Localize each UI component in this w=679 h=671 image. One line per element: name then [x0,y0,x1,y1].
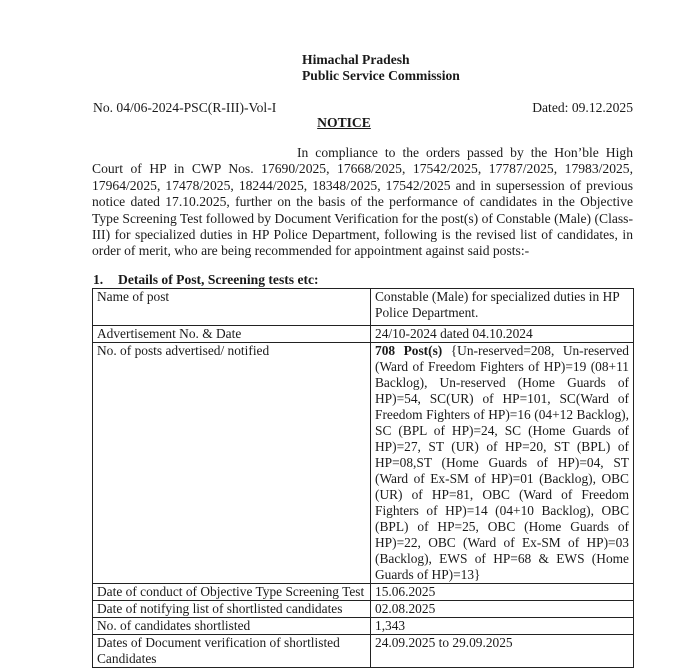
row-label: Date of notifying list of shortlisted ca… [93,601,371,618]
posts-breakdown: {Un-reserved=208, Un-reserved (Ward of F… [375,343,629,582]
row-value: 02.08.2025 [371,601,634,618]
section-title: Details of Post, Screening tests etc: [118,272,319,287]
row-value: Constable (Male) for specialized duties … [371,289,634,326]
row-value: 24/10-2024 dated 04.10.2024 [371,326,634,343]
table-row: Date of notifying list of shortlisted ca… [93,601,634,618]
row-label: Dates of Document verification of shortl… [93,635,371,668]
table-row: Dates of Document verification of shortl… [93,635,634,668]
posts-total: 708 Post(s) [375,343,442,358]
row-label: No. of posts advertised/ notified [93,343,371,584]
section-heading: 1.Details of Post, Screening tests etc: [93,272,319,288]
table-row: Name of post Constable (Male) for specia… [93,289,634,326]
table-row: Date of conduct of Objective Type Screen… [93,584,634,601]
row-value: 15.06.2025 [371,584,634,601]
row-value: 24.09.2025 to 29.09.2025 [371,635,634,668]
row-label: Advertisement No. & Date [93,326,371,343]
row-label: Name of post [93,289,371,326]
organization-name: Himachal Pradesh Public Service Commissi… [302,52,460,84]
row-label: No. of candidates shortlisted [93,618,371,635]
row-value: 708 Post(s) {Un-reserved=208, Un-reserve… [371,343,634,584]
org-line-1: Himachal Pradesh [302,52,460,68]
table-row: Advertisement No. & Date 24/10-2024 date… [93,326,634,343]
notice-paragraph: In compliance to the orders passed by th… [92,145,633,260]
reference-number: No. 04/06-2024-PSC(R-III)-Vol-I [93,100,276,116]
section-number: 1. [93,272,118,288]
table-row: No. of posts advertised/ notified 708 Po… [93,343,634,584]
row-value: 1,343 [371,618,634,635]
notice-date: Dated: 09.12.2025 [532,100,633,116]
org-line-2: Public Service Commission [302,68,460,84]
row-label: Date of conduct of Objective Type Screen… [93,584,371,601]
post-details-table: Name of post Constable (Male) for specia… [92,288,634,668]
notice-title: NOTICE [0,115,679,131]
table-row: No. of candidates shortlisted 1,343 [93,618,634,635]
